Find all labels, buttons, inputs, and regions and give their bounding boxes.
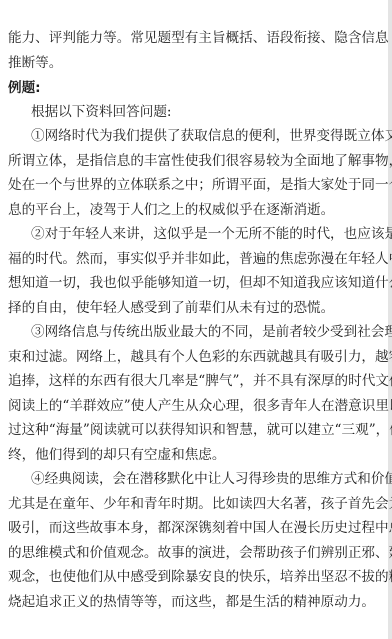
paragraph-2-line: 福的时代。然而，事实似乎并非如此，普遍的焦虑弥漫在年轻人中间：我 xyxy=(8,250,386,268)
paragraph-2-line: 择的自由，使年轻人感受到了前辈们从未有过的恐慌。 xyxy=(8,299,386,317)
paragraph-4-line: ④经典阅读，会在潜移默化中让人习得珍贵的思维方式和价值观念， xyxy=(31,470,386,488)
paragraph-4-line: 观念，也使他们从中感受到除暴安良的快乐，培养出坚忍不拔的精神，燃 xyxy=(8,568,386,586)
paragraph-4-line: 烧起追求正义的热情等等，而这些，都是生活的精神原动力。 xyxy=(8,593,386,611)
paragraph-4-line: 的思维模式和价值观念。故事的演进，会帮助孩子们辨别正邪、建立是非 xyxy=(8,544,386,562)
paragraph-1-line: 息的平台上，凌驾于人们之上的权威似乎在逐渐消逝。 xyxy=(8,201,386,219)
page-edge xyxy=(388,0,392,639)
paragraph-3-line: 束和过滤。网络上，越具有个人色彩的东西就越具有吸引力，越容易受到 xyxy=(8,348,386,366)
paragraph-2-line: 想知道一切，我也似乎能够知道一切，但却不知道我应该知道什么——选 xyxy=(8,274,386,292)
instruction-text: 根据以下资料回答问题: xyxy=(31,103,386,121)
paragraph-3-line: 终，他们得到的却只有空虚和焦虑。 xyxy=(8,446,386,464)
paragraph-1-line: 处在一个与世界的立体联系之中；所谓平面，是指大家处于同一个获取信 xyxy=(8,176,386,194)
paragraph-3-line: 过这种“海量”阅读就可以获得知识和智慧，就可以建立“三观”，但最 xyxy=(8,421,386,439)
paragraph-3-line: 追捧，这样的东西有很大几率是“脾气”，并不具有深厚的时代文化内涵。 xyxy=(8,372,386,390)
intro-line: 推断等。 xyxy=(8,54,386,72)
paragraph-2-line: ②对于年轻人来讲，这似乎是一个无所不能的时代，也应该是一个幸 xyxy=(31,225,386,243)
paragraph-1-line: 所谓立体，是指信息的丰富性使我们很容易较为全面地了解事物，使我们 xyxy=(8,152,386,170)
document-page: 能力、评判能力等。常见题型有主旨概括、语段衔接、隐含信息 推断等。 例题: 根据… xyxy=(0,0,392,639)
paragraph-3-line: 阅读上的“羊群效应”使人产生从众心理，很多青年人在潜意识里以为通 xyxy=(8,397,386,415)
paragraph-1-line: ①网络时代为我们提供了获取信息的便利，世界变得既立体又平面。 xyxy=(31,127,386,145)
paragraph-3-line: ③网络信息与传统出版业最大的不同，是前者较少受到社会理性的约 xyxy=(31,323,386,341)
intro-line: 能力、评判能力等。常见题型有主旨概括、语段衔接、隐含信息 xyxy=(8,29,386,47)
example-heading: 例题: xyxy=(8,79,41,97)
paragraph-4-line: 吸引，而这些故事本身，都深深镌刻着中国人在漫长历史过程中总结出来 xyxy=(8,519,386,537)
paragraph-4-line: 尤其是在童年、少年和青年时期。比如读四大名著，孩子首先会为故事所 xyxy=(8,495,386,513)
